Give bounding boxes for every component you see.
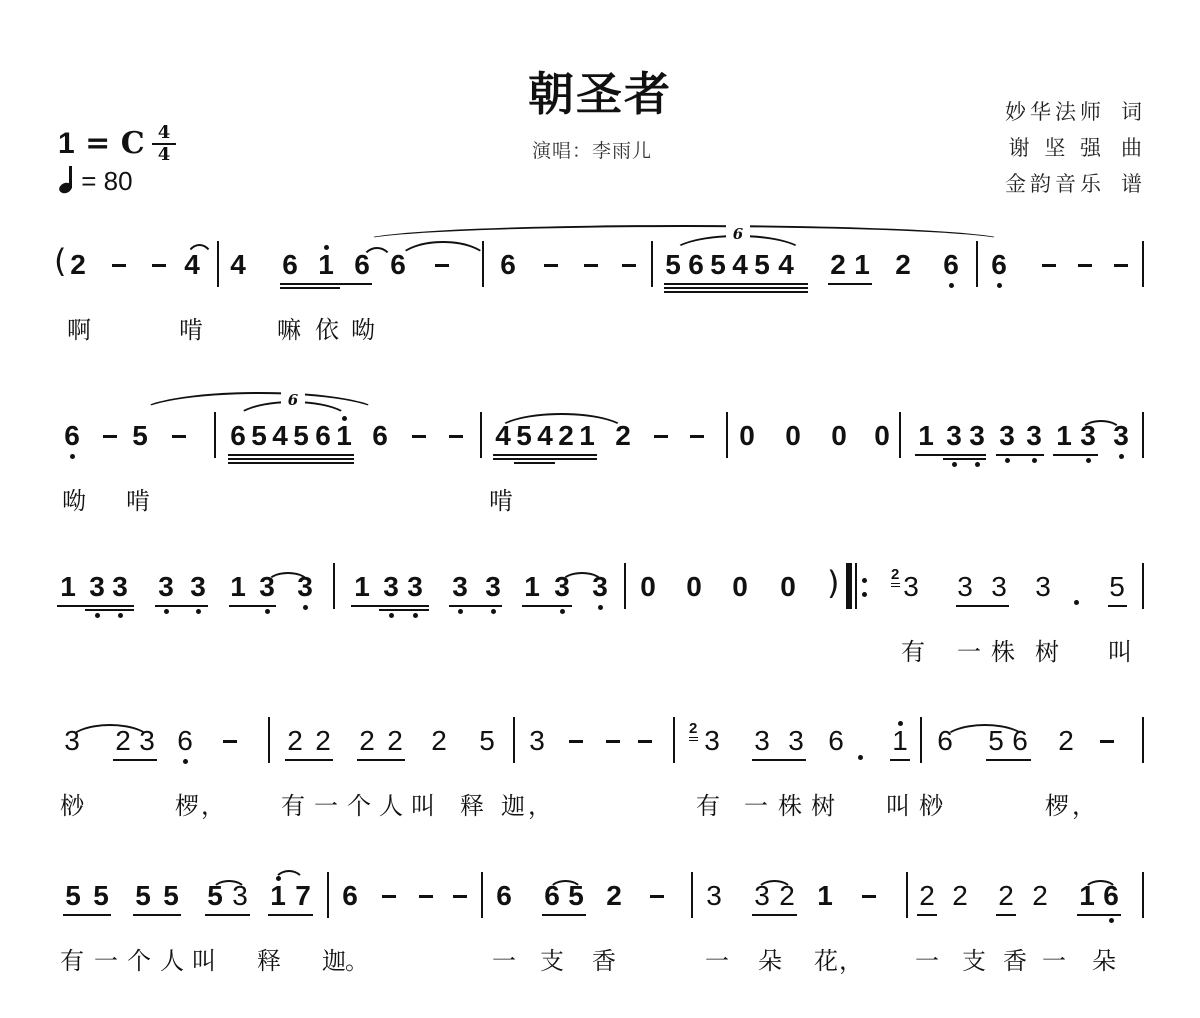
note: 6 — [494, 881, 514, 911]
note: 2 — [285, 726, 305, 756]
beam-underline — [57, 605, 134, 607]
lyric-char: 香 — [1001, 941, 1029, 976]
lyric-char: 花 — [812, 941, 840, 976]
lyric-char: 朵 — [756, 941, 784, 976]
key-tonic-number: 1 — [58, 127, 75, 160]
barline — [899, 412, 901, 458]
note: 3 — [188, 572, 208, 602]
lyric-char: 叫 — [190, 941, 218, 976]
note: 2 — [429, 726, 449, 756]
octave-down-dot — [560, 609, 565, 614]
lyric-char: 有 — [279, 786, 307, 821]
note: 3 — [944, 421, 964, 451]
note: 1 — [916, 421, 936, 451]
note: 6 — [280, 250, 300, 280]
lyric-char: 树 — [809, 786, 837, 821]
beam-underline — [917, 914, 937, 916]
beam-underline — [1108, 605, 1127, 607]
barline — [651, 241, 653, 287]
beam-underline — [915, 454, 986, 456]
grace-underline — [891, 583, 900, 584]
lyric-char: 支 — [538, 941, 566, 976]
beam-underline — [357, 759, 405, 761]
lyric-char: 嘛 — [275, 310, 303, 345]
note: 3 — [997, 421, 1017, 451]
note: 5 — [249, 421, 269, 451]
lyric-char: 一 — [92, 941, 120, 976]
note: 7 — [293, 881, 313, 911]
lyric-char: 啃 — [487, 481, 515, 516]
octave-down-dot — [1005, 458, 1010, 463]
note: 0 — [783, 421, 803, 451]
note: 2 — [604, 881, 624, 911]
beam-underline — [85, 609, 134, 611]
note: 6 — [175, 726, 195, 756]
transcriber-role: 谱 — [1121, 172, 1142, 196]
lyric-char: 个 — [345, 786, 373, 821]
note: 3 — [450, 572, 470, 602]
note: 1 — [334, 421, 354, 451]
sustain-dash — [654, 435, 668, 438]
beam-underline — [752, 759, 806, 761]
lyric-char: 叫 — [1106, 632, 1134, 667]
note: 2 — [357, 726, 377, 756]
octave-down-dot — [598, 605, 603, 610]
beam-underline — [493, 458, 597, 460]
repeat-start-thick — [846, 563, 852, 609]
octave-down-dot — [491, 609, 496, 614]
beam-underline — [268, 914, 313, 916]
octave-up-dot — [898, 721, 903, 726]
sustain-dash — [435, 264, 449, 267]
beam-underline — [285, 759, 333, 761]
composer-name: 谢 坚 强 — [1009, 136, 1105, 160]
lyric-char: 桫 — [917, 786, 945, 821]
sustain-dash — [449, 435, 463, 438]
octave-down-dot — [949, 283, 954, 288]
lyric-char: 有 — [694, 786, 722, 821]
note: 6 — [370, 421, 390, 451]
sustain-dash — [152, 264, 166, 267]
sustain-dash — [172, 435, 186, 438]
note: 3 — [110, 572, 130, 602]
lyric-char: ， — [837, 941, 865, 976]
barline — [1142, 717, 1144, 763]
note: 3 — [483, 572, 503, 602]
beam-underline — [956, 605, 1009, 607]
lyric-char: 桫 — [58, 786, 86, 821]
octave-up-dot — [324, 245, 329, 250]
note: 3 — [752, 726, 772, 756]
singer-credit: 演唱：李雨儿 — [532, 136, 652, 163]
note: 6 — [340, 881, 360, 911]
barline — [481, 872, 483, 918]
note: 5 — [91, 881, 111, 911]
sustain-dash — [112, 264, 126, 267]
barline — [1142, 241, 1144, 287]
beam-underline — [522, 605, 572, 607]
note: 2 — [893, 250, 913, 280]
barline — [214, 412, 216, 458]
beam-underline — [664, 283, 808, 285]
barline — [480, 412, 482, 458]
barline — [920, 717, 922, 763]
sustain-dash — [650, 895, 664, 898]
octave-down-dot — [1086, 458, 1091, 463]
sustain-dash — [584, 264, 598, 267]
lyric-char: 一 — [913, 941, 941, 976]
note: 5 — [291, 421, 311, 451]
note: 3 — [527, 726, 547, 756]
note: 5 — [1107, 572, 1127, 602]
lyric-char: 迦 — [499, 786, 527, 821]
lyric-char: 人 — [377, 786, 405, 821]
octave-down-dot — [997, 283, 1002, 288]
note: 6 — [313, 421, 333, 451]
composer-role: 曲 — [1121, 136, 1142, 160]
barline — [726, 412, 728, 458]
note: 3 — [156, 572, 176, 602]
note: 1 — [815, 881, 835, 911]
octave-down-dot — [413, 613, 418, 618]
lyric-char: 啊 — [65, 310, 93, 345]
lyric-char: 依 — [313, 310, 341, 345]
beam-underline — [229, 605, 276, 607]
tempo-marking: = 80 — [58, 166, 133, 197]
lyric-char: ， — [199, 786, 227, 821]
note: 3 — [702, 726, 722, 756]
lyricist-name: 妙华法师 — [1005, 100, 1105, 124]
time-numerator: 4 — [152, 124, 176, 142]
lyric-char: 一 — [955, 632, 983, 667]
beam-underline — [828, 283, 872, 285]
beam-underline — [752, 914, 797, 916]
key-signature: 1 = C — [58, 126, 145, 161]
sustain-dash — [1114, 264, 1128, 267]
beam-underline — [664, 291, 808, 293]
lyric-char: 株 — [776, 786, 804, 821]
slur-arc — [396, 241, 490, 263]
beam-underline — [890, 759, 910, 761]
credit-transcriber: 金韵音乐谱 — [1005, 168, 1142, 198]
lyric-char: 株 — [989, 632, 1017, 667]
beam-underline — [542, 914, 586, 916]
beam-underline — [228, 458, 354, 460]
lyric-char: 支 — [960, 941, 988, 976]
beam-underline — [205, 914, 250, 916]
beam-underline — [449, 605, 502, 607]
lyric-char: 人 — [158, 941, 186, 976]
note: 0 — [638, 572, 658, 602]
sustain-dash — [223, 740, 237, 743]
lyric-char: 释 — [255, 941, 283, 976]
note: 1 — [522, 572, 542, 602]
note: 3 — [967, 421, 987, 451]
note: 0 — [778, 572, 798, 602]
lyric-char: 一 — [1040, 941, 1068, 976]
beam-underline — [379, 609, 429, 611]
slur-arc — [495, 413, 628, 433]
lyric-char: 叫 — [884, 786, 912, 821]
sustain-dash — [544, 264, 558, 267]
octave-down-dot — [1119, 454, 1124, 459]
beam-underline — [1053, 454, 1098, 456]
credit-composer: 谢 坚 强曲 — [1009, 132, 1142, 162]
lyric-char: ， — [526, 786, 554, 821]
grace-note: 2 — [689, 721, 697, 736]
note: 3 — [704, 881, 724, 911]
lyric-char: ， — [1070, 786, 1098, 821]
octave-down-dot — [1032, 458, 1037, 463]
note: 2 — [1056, 726, 1076, 756]
barline — [482, 241, 484, 287]
phrase-paren-close: ) — [827, 567, 839, 599]
augmentation-dot — [1074, 600, 1079, 605]
sustain-dash — [622, 264, 636, 267]
note: 3 — [87, 572, 107, 602]
sustain-dash — [453, 895, 467, 898]
octave-down-dot — [196, 609, 201, 614]
lyric-char: 椤 — [173, 786, 201, 821]
note: 6 — [941, 250, 961, 280]
sustain-dash — [1042, 264, 1056, 267]
beam-underline — [996, 454, 1044, 456]
note: 6 — [498, 250, 518, 280]
phrase-paren-open: ( — [54, 245, 66, 277]
note: 5 — [477, 726, 497, 756]
barline — [1142, 872, 1144, 918]
note: 5 — [130, 421, 150, 451]
note: 2 — [917, 881, 937, 911]
octave-down-dot — [458, 609, 463, 614]
note: 2 — [1030, 881, 1050, 911]
sustain-dash — [1100, 740, 1114, 743]
beam-underline — [280, 287, 340, 289]
octave-down-dot — [1109, 918, 1114, 923]
sustain-dash — [103, 435, 117, 438]
note: 1 — [890, 726, 910, 756]
beam-underline — [133, 914, 181, 916]
beam-underline — [228, 454, 354, 456]
lyric-char: 树 — [1033, 632, 1061, 667]
note: 1 — [58, 572, 78, 602]
lyric-char: 椤 — [1043, 786, 1071, 821]
transcriber-name: 金韵音乐 — [1005, 172, 1105, 196]
octave-down-dot — [118, 613, 123, 618]
barline — [1142, 563, 1144, 609]
beam-underline — [986, 759, 1031, 761]
sustain-dash — [690, 435, 704, 438]
note: 2 — [996, 881, 1016, 911]
tempo-value: = 80 — [81, 166, 132, 196]
note: 2 — [68, 250, 88, 280]
octave-down-dot — [389, 613, 394, 618]
lyric-char: 啃 — [124, 481, 152, 516]
beam-underline — [228, 462, 354, 464]
slur-arc — [185, 244, 214, 262]
note: 3 — [405, 572, 425, 602]
grace-note: 2 — [891, 567, 899, 582]
barline — [217, 241, 219, 287]
note: 1 — [228, 572, 248, 602]
octave-down-dot — [183, 759, 188, 764]
note: 2 — [385, 726, 405, 756]
sustain-dash — [638, 740, 652, 743]
grace-underline — [689, 740, 698, 741]
octave-down-dot — [95, 613, 100, 618]
lyric-char: 一 — [312, 786, 340, 821]
note: 2 — [313, 726, 333, 756]
octave-down-dot — [303, 605, 308, 610]
note: 1 — [1054, 421, 1074, 451]
note: 5 — [63, 881, 83, 911]
beam-underline — [63, 914, 111, 916]
lyric-char: 啃 — [177, 310, 205, 345]
beam-underline — [280, 283, 372, 285]
sustain-dash — [1078, 264, 1092, 267]
beam-underline — [1077, 914, 1121, 916]
beam-underline — [493, 454, 597, 456]
barline — [1142, 412, 1144, 458]
beam-underline — [155, 605, 208, 607]
note: 3 — [786, 726, 806, 756]
time-signature: 4 4 — [152, 124, 176, 164]
key-tonic-letter: = C — [85, 126, 144, 161]
barline — [513, 717, 515, 763]
sustain-dash — [569, 740, 583, 743]
lyric-char: 呦 — [60, 481, 88, 516]
lyric-char: 有 — [899, 632, 927, 667]
barline — [268, 717, 270, 763]
barline — [691, 872, 693, 918]
barline — [327, 872, 329, 918]
note: 6 — [62, 421, 82, 451]
note: 3 — [381, 572, 401, 602]
note: 3 — [1024, 421, 1044, 451]
beam-underline — [943, 458, 986, 460]
repeat-start-thin — [855, 563, 857, 609]
note: 6 — [826, 726, 846, 756]
sustain-dash — [382, 895, 396, 898]
octave-down-dot — [70, 454, 75, 459]
note: 4 — [270, 421, 290, 451]
lyric-char: 一 — [703, 941, 731, 976]
beam-underline — [113, 759, 157, 761]
barline — [673, 717, 675, 763]
note: 6 — [989, 250, 1009, 280]
note: 3 — [989, 572, 1009, 602]
note: 3 — [901, 572, 921, 602]
lyric-char: 一 — [490, 941, 518, 976]
note: 2 — [950, 881, 970, 911]
octave-down-dot — [975, 462, 980, 467]
octave-down-dot — [265, 609, 270, 614]
quarter-note-icon — [58, 166, 74, 194]
note: 4 — [228, 250, 248, 280]
barline — [976, 241, 978, 287]
grace-underline — [891, 586, 900, 587]
sustain-dash — [412, 435, 426, 438]
note: 1 — [852, 250, 872, 280]
lyric-char: 释 — [458, 786, 486, 821]
note: 1 — [316, 250, 336, 280]
lyric-char: 叫 — [409, 786, 437, 821]
sustain-dash — [419, 895, 433, 898]
note: 2 — [828, 250, 848, 280]
sustain-dash — [606, 740, 620, 743]
tuplet-number: 6 — [726, 225, 750, 243]
lyric-char: 呦 — [349, 310, 377, 345]
lyric-char: 一 — [742, 786, 770, 821]
note: 1 — [352, 572, 372, 602]
lyric-char: 个 — [125, 941, 153, 976]
repeat-dot — [862, 578, 867, 583]
barline — [624, 563, 626, 609]
lyric-char: 香 — [590, 941, 618, 976]
octave-down-dot — [164, 609, 169, 614]
augmentation-dot — [858, 755, 863, 760]
slur-arc — [273, 870, 305, 884]
grace-underline — [689, 737, 698, 738]
lyric-char: 。 — [343, 941, 371, 976]
beam-underline — [996, 914, 1016, 916]
note: 0 — [872, 421, 892, 451]
note: 3 — [1033, 572, 1053, 602]
time-denominator: 4 — [152, 146, 176, 164]
slur-arc — [362, 225, 1006, 241]
tuplet-number: 6 — [281, 391, 305, 409]
barline — [906, 872, 908, 918]
lyricist-role: 词 — [1121, 100, 1142, 124]
beam-underline — [514, 462, 555, 464]
lyric-char: 朵 — [1090, 941, 1118, 976]
lyric-char: 有 — [58, 941, 86, 976]
beam-underline — [351, 605, 429, 607]
note: 5 — [161, 881, 181, 911]
note: 0 — [737, 421, 757, 451]
octave-down-dot — [952, 462, 957, 467]
note: 0 — [730, 572, 750, 602]
note: 5 — [133, 881, 153, 911]
repeat-dot — [862, 592, 867, 597]
sustain-dash — [862, 895, 876, 898]
beam-underline — [664, 287, 808, 289]
note: 3 — [955, 572, 975, 602]
note: 0 — [829, 421, 849, 451]
note: 0 — [684, 572, 704, 602]
note: 1 — [268, 881, 288, 911]
note: 6 — [228, 421, 248, 451]
credit-lyricist: 妙华法师词 — [1005, 96, 1142, 126]
barline — [333, 563, 335, 609]
